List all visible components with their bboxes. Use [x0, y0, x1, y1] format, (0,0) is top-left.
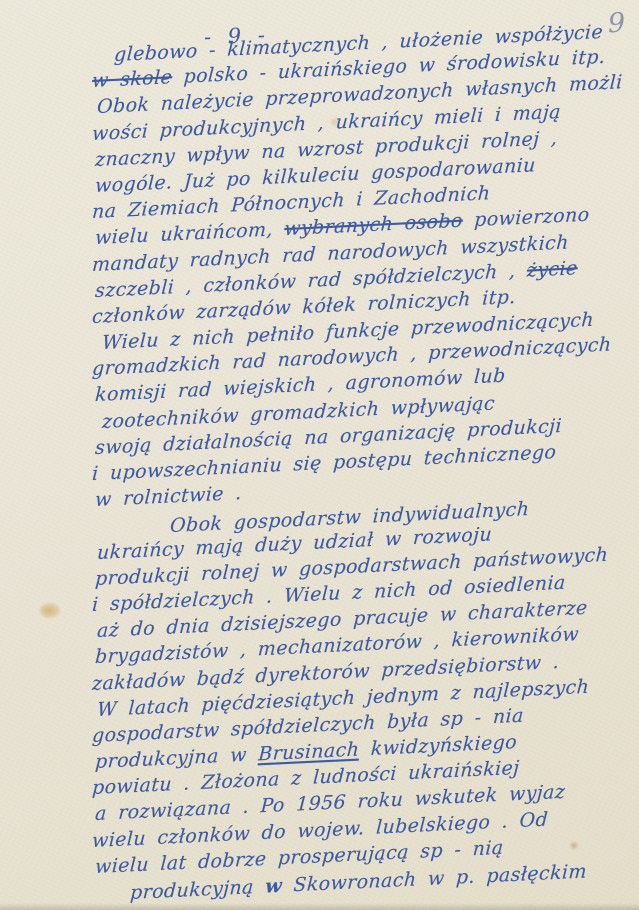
struck-text: życie [526, 257, 578, 281]
handwritten-text: Brusinach [258, 739, 360, 766]
scan-edge-shadow [0, 903, 639, 910]
handwritten-text: produkcyjną [130, 876, 266, 904]
handwritten-text: w rolnictwie . [95, 482, 243, 511]
paper-stain [40, 603, 60, 618]
handwritten-text: w [265, 875, 283, 898]
manuscript-lines: glebowo - klimatycznych , ułożenie współ… [92, 42, 639, 906]
handwritten-text: powierzono [462, 204, 590, 232]
struck-text: w skole [92, 66, 173, 92]
scanned-manuscript-page: 9 - 9 - glebowo - klimatycznych , ułożen… [0, 0, 639, 910]
